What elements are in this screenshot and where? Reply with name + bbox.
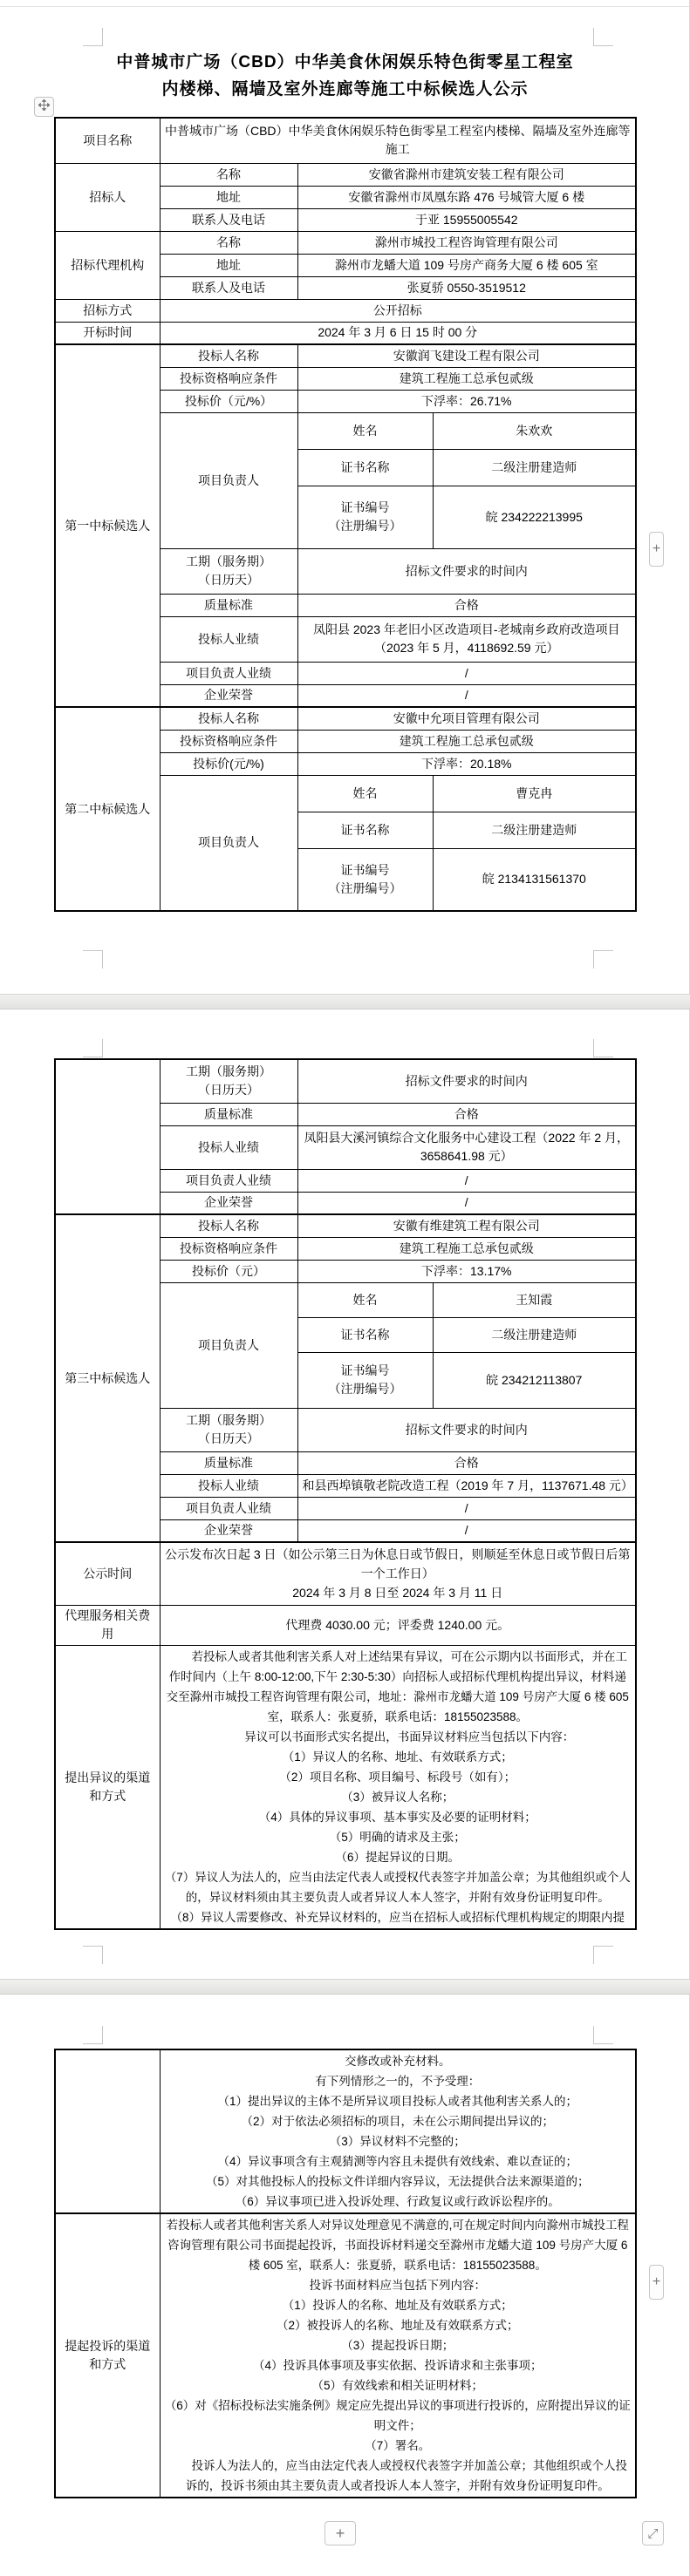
label-c1-perf[interactable]: 投标人业绩 <box>160 616 297 662</box>
plus-button-margin-1[interactable]: + <box>649 532 664 567</box>
paragraph-line: （6）提起异议的日期。 <box>165 1847 632 1867</box>
label-agency-address[interactable]: 地址 <box>160 254 297 276</box>
value-c1-cert-no[interactable]: 皖 234222213995 <box>433 486 636 548</box>
label-tenderer-name[interactable]: 名称 <box>160 163 297 186</box>
label-c3-person-name[interactable]: 姓名 <box>297 1282 433 1317</box>
bid-table-page-3: 交修改或补充材料。有下列情形之一的，不予受理：（1）提出异议的主体不是所异议项目… <box>54 2049 637 2498</box>
margin-corner-mark <box>83 1946 103 1947</box>
expand-button[interactable]: ⤢ <box>642 2521 664 2545</box>
paragraph-line: （6）异议事项已进入投诉处理、行政复议或行政诉讼程序的。 <box>165 2192 632 2212</box>
label-c2-perf[interactable]: 投标人业绩 <box>160 1125 297 1169</box>
label-objection-channel[interactable]: 提出异议的渠道和方式 <box>55 1645 160 1929</box>
label-c1-honor[interactable]: 企业荣誉 <box>160 684 297 707</box>
value-agency-address[interactable]: 滁州市龙蟠大道 109 号房产商务大厦 6 楼 605 室 <box>297 254 636 276</box>
page-separator <box>0 1979 690 1995</box>
value-c1-quality[interactable]: 合格 <box>297 594 636 616</box>
paragraph-line: （2）项目名称、项目编号、标段号（如有）； <box>165 1767 632 1787</box>
value-c3-qualification[interactable]: 建筑工程施工总承包贰级 <box>297 1237 636 1260</box>
paragraph-line: （4）异议事项含有主观猜测等内容且未提供有效线索、难以查证的； <box>165 2151 632 2172</box>
bid-table-page-2: 工期（服务期） （日历天） 招标文件要求的时间内 质量标准 合格 投标人业绩 凤… <box>54 1058 637 1930</box>
paragraph-line: 投诉人为法人的，应当由法定代表人或授权代表签字并加盖公章；其他组织或个人投诉的，… <box>165 2456 632 2496</box>
label-c1-qualification[interactable]: 投标资格响应条件 <box>160 367 297 390</box>
value-c3-price[interactable]: 下浮率：13.17% <box>297 1260 636 1282</box>
label-c2-person-name[interactable]: 姓名 <box>297 775 433 812</box>
margin-corner-mark <box>593 1946 613 1947</box>
margin-corner-mark <box>83 950 103 951</box>
label-c3-quality[interactable]: 质量标准 <box>160 1451 297 1474</box>
paragraph-line: （4）具体的异议事项、基本事实及必要的证明材料； <box>165 1807 632 1827</box>
label-agency-contact[interactable]: 联系人及电话 <box>160 276 297 299</box>
paragraph-line: （5）对其他投标人的投标文件详细内容异议，无法提供合法来源渠道的； <box>165 2172 632 2192</box>
value-c3-duration[interactable]: 招标文件要求的时间内 <box>297 1408 636 1451</box>
value-c1-honor[interactable]: / <box>297 684 636 707</box>
value-c2-duration[interactable]: 招标文件要求的时间内 <box>297 1059 636 1103</box>
value-c2-price[interactable]: 下浮率：20.18% <box>297 752 636 775</box>
label-c2-cert-no[interactable]: 证书编号 （注册编号） <box>297 848 433 911</box>
paragraph-line: （4）投诉具体事项及事实依据、投诉请求和主张事项； <box>165 2355 632 2375</box>
paragraph-line: （8）异议人需要修改、补充异议材料的，应当在招标人或招标代理机构规定的期限内提 <box>165 1907 632 1927</box>
label-c3-manager-perf[interactable]: 项目负责人业绩 <box>160 1497 297 1519</box>
cell-empty-label[interactable] <box>55 1059 160 1214</box>
margin-corner-mark <box>102 1946 103 1964</box>
label-complaint-channel[interactable]: 提起投诉的渠道和方式 <box>55 2213 160 2498</box>
value-c1-cert-name[interactable]: 二级注册建造师 <box>433 449 636 486</box>
value-tenderer-contact[interactable]: 于亚 15955005542 <box>297 208 636 231</box>
value-c1-price[interactable]: 下浮率：26.71% <box>297 390 636 412</box>
page-separator <box>0 994 690 1009</box>
page-title-line1: 中普城市广场（CBD）中华美食休闲娱乐特色街零星工程室 <box>0 49 690 76</box>
paragraph-line: （1）异议人的名称、地址、有效联系方式； <box>165 1747 632 1767</box>
label-project-name[interactable]: 项目名称 <box>55 118 160 163</box>
value-c1-perf[interactable]: 凤阳县 2023 年老旧小区改造项目-老城南乡政府改造项目（2023 年 5 月… <box>297 616 636 662</box>
value-c2-cert-no[interactable]: 皖 2134131561370 <box>433 848 636 911</box>
cell-empty-label[interactable] <box>55 2049 160 2213</box>
margin-corner-mark <box>593 1039 594 1057</box>
paragraph-line: （7）署名。 <box>165 2436 632 2456</box>
value-c2-honor[interactable]: / <box>297 1192 636 1214</box>
label-open-time[interactable]: 开标时间 <box>55 322 160 344</box>
label-c2-quality[interactable]: 质量标准 <box>160 1103 297 1125</box>
page-title-line2: 内楼梯、隔墙及室外连廊等施工中标候选人公示 <box>0 76 690 103</box>
value-bid-method[interactable]: 公开招标 <box>160 299 636 322</box>
value-project-name[interactable]: 中普城市广场（CBD）中华美食休闲娱乐特色街零星工程室内楼梯、隔墙及室外连廊等施… <box>160 118 636 163</box>
label-c1-manager-perf[interactable]: 项目负责人业绩 <box>160 662 297 684</box>
label-c2-price[interactable]: 投标价(元/%) <box>160 752 297 775</box>
paragraph-line: （3）提起投诉日期； <box>165 2335 632 2355</box>
label-c3-manager[interactable]: 项目负责人 <box>160 1282 297 1408</box>
paragraph-line: 若投标人或者其他利害关系人对上述结果有异议，可在公示期内以书面形式，并在工作时间… <box>165 1647 632 1727</box>
label-publicity-time[interactable]: 公示时间 <box>55 1542 160 1605</box>
value-publicity-time[interactable]: 公示发布次日起 3 日（如公示第三日为休息日或节假日，则顺延至休息日或节假日后第… <box>160 1542 636 1605</box>
page-title[interactable]: 中普城市广场（CBD）中华美食休闲娱乐特色街零星工程室 内楼梯、隔墙及室外连廊等… <box>0 49 690 103</box>
margin-corner-mark <box>593 2026 594 2044</box>
margin-corner-mark <box>593 2043 613 2044</box>
label-candidate-1[interactable]: 第一中标候选人 <box>55 344 160 707</box>
label-candidate-3[interactable]: 第三中标候选人 <box>55 1214 160 1542</box>
label-c2-cert-name[interactable]: 证书名称 <box>297 812 433 848</box>
label-c2-duration[interactable]: 工期（服务期） （日历天） <box>160 1059 297 1103</box>
label-c1-person-name[interactable]: 姓名 <box>297 412 433 449</box>
plus-button-margin-2[interactable]: + <box>649 2265 664 2300</box>
label-tenderer[interactable]: 招标人 <box>55 163 160 231</box>
value-c2-manager-perf[interactable]: / <box>297 1169 636 1192</box>
label-c3-duration[interactable]: 工期（服务期） （日历天） <box>160 1408 297 1451</box>
value-c2-perf[interactable]: 凤阳县大溪河镇综合文化服务中心建设工程（2022 年 2 月，3658641.9… <box>297 1125 636 1169</box>
label-c1-manager[interactable]: 项目负责人 <box>160 412 297 548</box>
label-c1-bidder[interactable]: 投标人名称 <box>160 344 297 367</box>
plus-icon: + <box>652 542 660 556</box>
value-c1-duration[interactable]: 招标文件要求的时间内 <box>297 548 636 594</box>
margin-corner-mark <box>83 2043 103 2044</box>
margin-corner-mark <box>593 1057 613 1057</box>
label-c2-honor[interactable]: 企业荣誉 <box>160 1192 297 1214</box>
margin-corner-mark <box>593 950 613 951</box>
label-c3-bidder[interactable]: 投标人名称 <box>160 1214 297 1237</box>
value-c3-honor[interactable]: / <box>297 1519 636 1542</box>
value-tenderer-address[interactable]: 安徽省滁州市凤凰东路 476 号城管大厦 6 楼 <box>297 186 636 208</box>
paragraph-line: 公示发布次日起 3 日（如公示第三日为休息日或节假日，则顺延至休息日或节假日后第… <box>165 1545 632 1583</box>
diagonal-expand-icon: ⤢ <box>647 2527 658 2540</box>
label-candidate-2[interactable]: 第二中标候选人 <box>55 707 160 911</box>
value-c2-person-name[interactable]: 曹克冉 <box>433 775 636 812</box>
value-c2-qualification[interactable]: 建筑工程施工总承包贰级 <box>297 730 636 752</box>
label-c3-honor[interactable]: 企业荣誉 <box>160 1519 297 1542</box>
label-c2-bidder[interactable]: 投标人名称 <box>160 707 297 730</box>
paragraph-line: （5）明确的请求及主张； <box>165 1827 632 1847</box>
label-c1-cert-name[interactable]: 证书名称 <box>297 449 433 486</box>
value-complaint-text[interactable]: 若投标人或者其他利害关系人对异议处理意见不满意的,可在规定时间内向滁州市城投工程… <box>160 2213 636 2498</box>
value-c1-manager-perf[interactable]: / <box>297 662 636 684</box>
label-c2-manager[interactable]: 项目负责人 <box>160 775 297 911</box>
label-bid-method[interactable]: 招标方式 <box>55 299 160 322</box>
label-c1-quality[interactable]: 质量标准 <box>160 594 297 616</box>
label-agency-fee[interactable]: 代理服务相关费用 <box>55 1605 160 1645</box>
value-agency-contact[interactable]: 张夏骄 0550-3519512 <box>297 276 636 299</box>
margin-corner-mark <box>102 950 103 969</box>
value-c2-cert-name[interactable]: 二级注册建造师 <box>433 812 636 848</box>
value-c3-manager-perf[interactable]: / <box>297 1497 636 1519</box>
label-tenderer-contact[interactable]: 联系人及电话 <box>160 208 297 231</box>
value-c3-perf[interactable]: 和县西埠镇敬老院改造工程（2019 年 7 月，1137671.48 元） <box>297 1474 636 1497</box>
label-c3-cert-no[interactable]: 证书编号 （注册编号） <box>297 1352 433 1408</box>
value-c1-bidder[interactable]: 安徽润飞建设工程有限公司 <box>297 344 636 367</box>
margin-corner-mark <box>102 1039 103 1057</box>
value-objection-text[interactable]: 若投标人或者其他利害关系人对上述结果有异议，可在公示期内以书面形式，并在工作时间… <box>160 1645 636 1929</box>
bid-table-page-1: 项目名称 中普城市广场（CBD）中华美食休闲娱乐特色街零星工程室内楼梯、隔墙及室… <box>54 117 637 912</box>
value-c3-bidder[interactable]: 安徽有维建筑工程有限公司 <box>297 1214 636 1237</box>
value-c2-quality[interactable]: 合格 <box>297 1103 636 1125</box>
margin-corner-mark <box>83 45 103 46</box>
paragraph-line: 投诉书面材料应当包括下列内容： <box>165 2275 632 2295</box>
margin-corner-mark <box>593 950 594 969</box>
value-open-time[interactable]: 2024 年 3 月 6 日 15 时 00 分 <box>160 322 636 344</box>
value-tenderer-name[interactable]: 安徽省滁州市建筑安装工程有限公司 <box>297 163 636 186</box>
label-c2-manager-perf[interactable]: 项目负责人业绩 <box>160 1169 297 1192</box>
value-objection-text-cont[interactable]: 交修改或补充材料。有下列情形之一的，不予受理：（1）提出异议的主体不是所异议项目… <box>160 2049 636 2213</box>
label-c1-price[interactable]: 投标价（元/%） <box>160 390 297 412</box>
label-c3-cert-name[interactable]: 证书名称 <box>297 1317 433 1352</box>
value-c3-cert-name[interactable]: 二级注册建造师 <box>433 1317 636 1352</box>
paragraph-line: （3）异议材料不完整的； <box>165 2131 632 2151</box>
value-agency-name[interactable]: 滁州市城投工程咨询管理有限公司 <box>297 231 636 254</box>
margin-corner-mark <box>102 2026 103 2044</box>
paragraph-line: （2）对于依法必须招标的项目，未在公示期间提出异议的； <box>165 2111 632 2131</box>
margin-corner-mark <box>593 28 594 46</box>
paragraph-line: （2）被投诉人的名称、地址及有效联系方式； <box>165 2315 632 2335</box>
margin-corner-mark <box>593 45 613 46</box>
value-c1-person-name[interactable]: 朱欢欢 <box>433 412 636 449</box>
margin-corner-mark <box>83 1057 103 1057</box>
value-c1-qualification[interactable]: 建筑工程施工总承包贰级 <box>297 367 636 390</box>
label-c3-perf[interactable]: 投标人业绩 <box>160 1474 297 1497</box>
label-c2-qualification[interactable]: 投标资格响应条件 <box>160 730 297 752</box>
value-c2-bidder[interactable]: 安徽中允项目管理有限公司 <box>297 707 636 730</box>
paragraph-line: （1）提出异议的主体不是所异议项目投标人或者其他利害关系人的； <box>165 2091 632 2111</box>
paragraph-line: （6）对《招标投标法实施条例》规定应先提出异议的事项进行投诉的，应附提出异议的证… <box>165 2396 632 2436</box>
page-top-edge <box>0 6 690 7</box>
paragraph-line: 2024 年 3 月 8 日至 2024 年 3 月 11 日 <box>165 1583 632 1602</box>
value-c3-quality[interactable]: 合格 <box>297 1451 636 1474</box>
plus-icon: + <box>652 2275 660 2289</box>
plus-button-bottom[interactable]: + <box>325 2521 356 2545</box>
paragraph-line: 交修改或补充材料。 <box>165 2051 632 2071</box>
margin-corner-mark <box>593 1946 594 1964</box>
label-agency-name[interactable]: 名称 <box>160 231 297 254</box>
label-tenderer-address[interactable]: 地址 <box>160 186 297 208</box>
paragraph-line: 有下列情形之一的，不予受理： <box>165 2071 632 2091</box>
paragraph-line: 异议可以书面形式实名提出，书面异议材料应当包括以下内容： <box>165 1727 632 1747</box>
paragraph-line: （1）投诉人的名称、地址及有效联系方式； <box>165 2295 632 2315</box>
label-c1-cert-no[interactable]: 证书编号 （注册编号） <box>297 486 433 548</box>
paragraph-line: （3）被异议人名称； <box>165 1787 632 1807</box>
value-c3-person-name[interactable]: 王知霞 <box>433 1282 636 1317</box>
paragraph-line: （7）异议人为法人的，应当由法定代表人或授权代表签字并加盖公章；为其他组织或个人… <box>165 1867 632 1907</box>
label-c3-price[interactable]: 投标价（元） <box>160 1260 297 1282</box>
paragraph-line: （5）有效线索和相关证明材料； <box>165 2375 632 2396</box>
label-c3-qualification[interactable]: 投标资格响应条件 <box>160 1237 297 1260</box>
plus-icon: + <box>336 2525 345 2541</box>
paragraph-line: 若投标人或者其他利害关系人对异议处理意见不满意的,可在规定时间内向滁州市城投工程… <box>165 2215 632 2275</box>
label-agency[interactable]: 招标代理机构 <box>55 231 160 299</box>
margin-corner-mark <box>102 28 103 46</box>
value-c3-cert-no[interactable]: 皖 234212113807 <box>433 1352 636 1408</box>
label-c1-duration[interactable]: 工期（服务期） （日历天） <box>160 548 297 594</box>
value-agency-fee[interactable]: 代理费 4030.00 元；评委费 1240.00 元。 <box>160 1605 636 1645</box>
